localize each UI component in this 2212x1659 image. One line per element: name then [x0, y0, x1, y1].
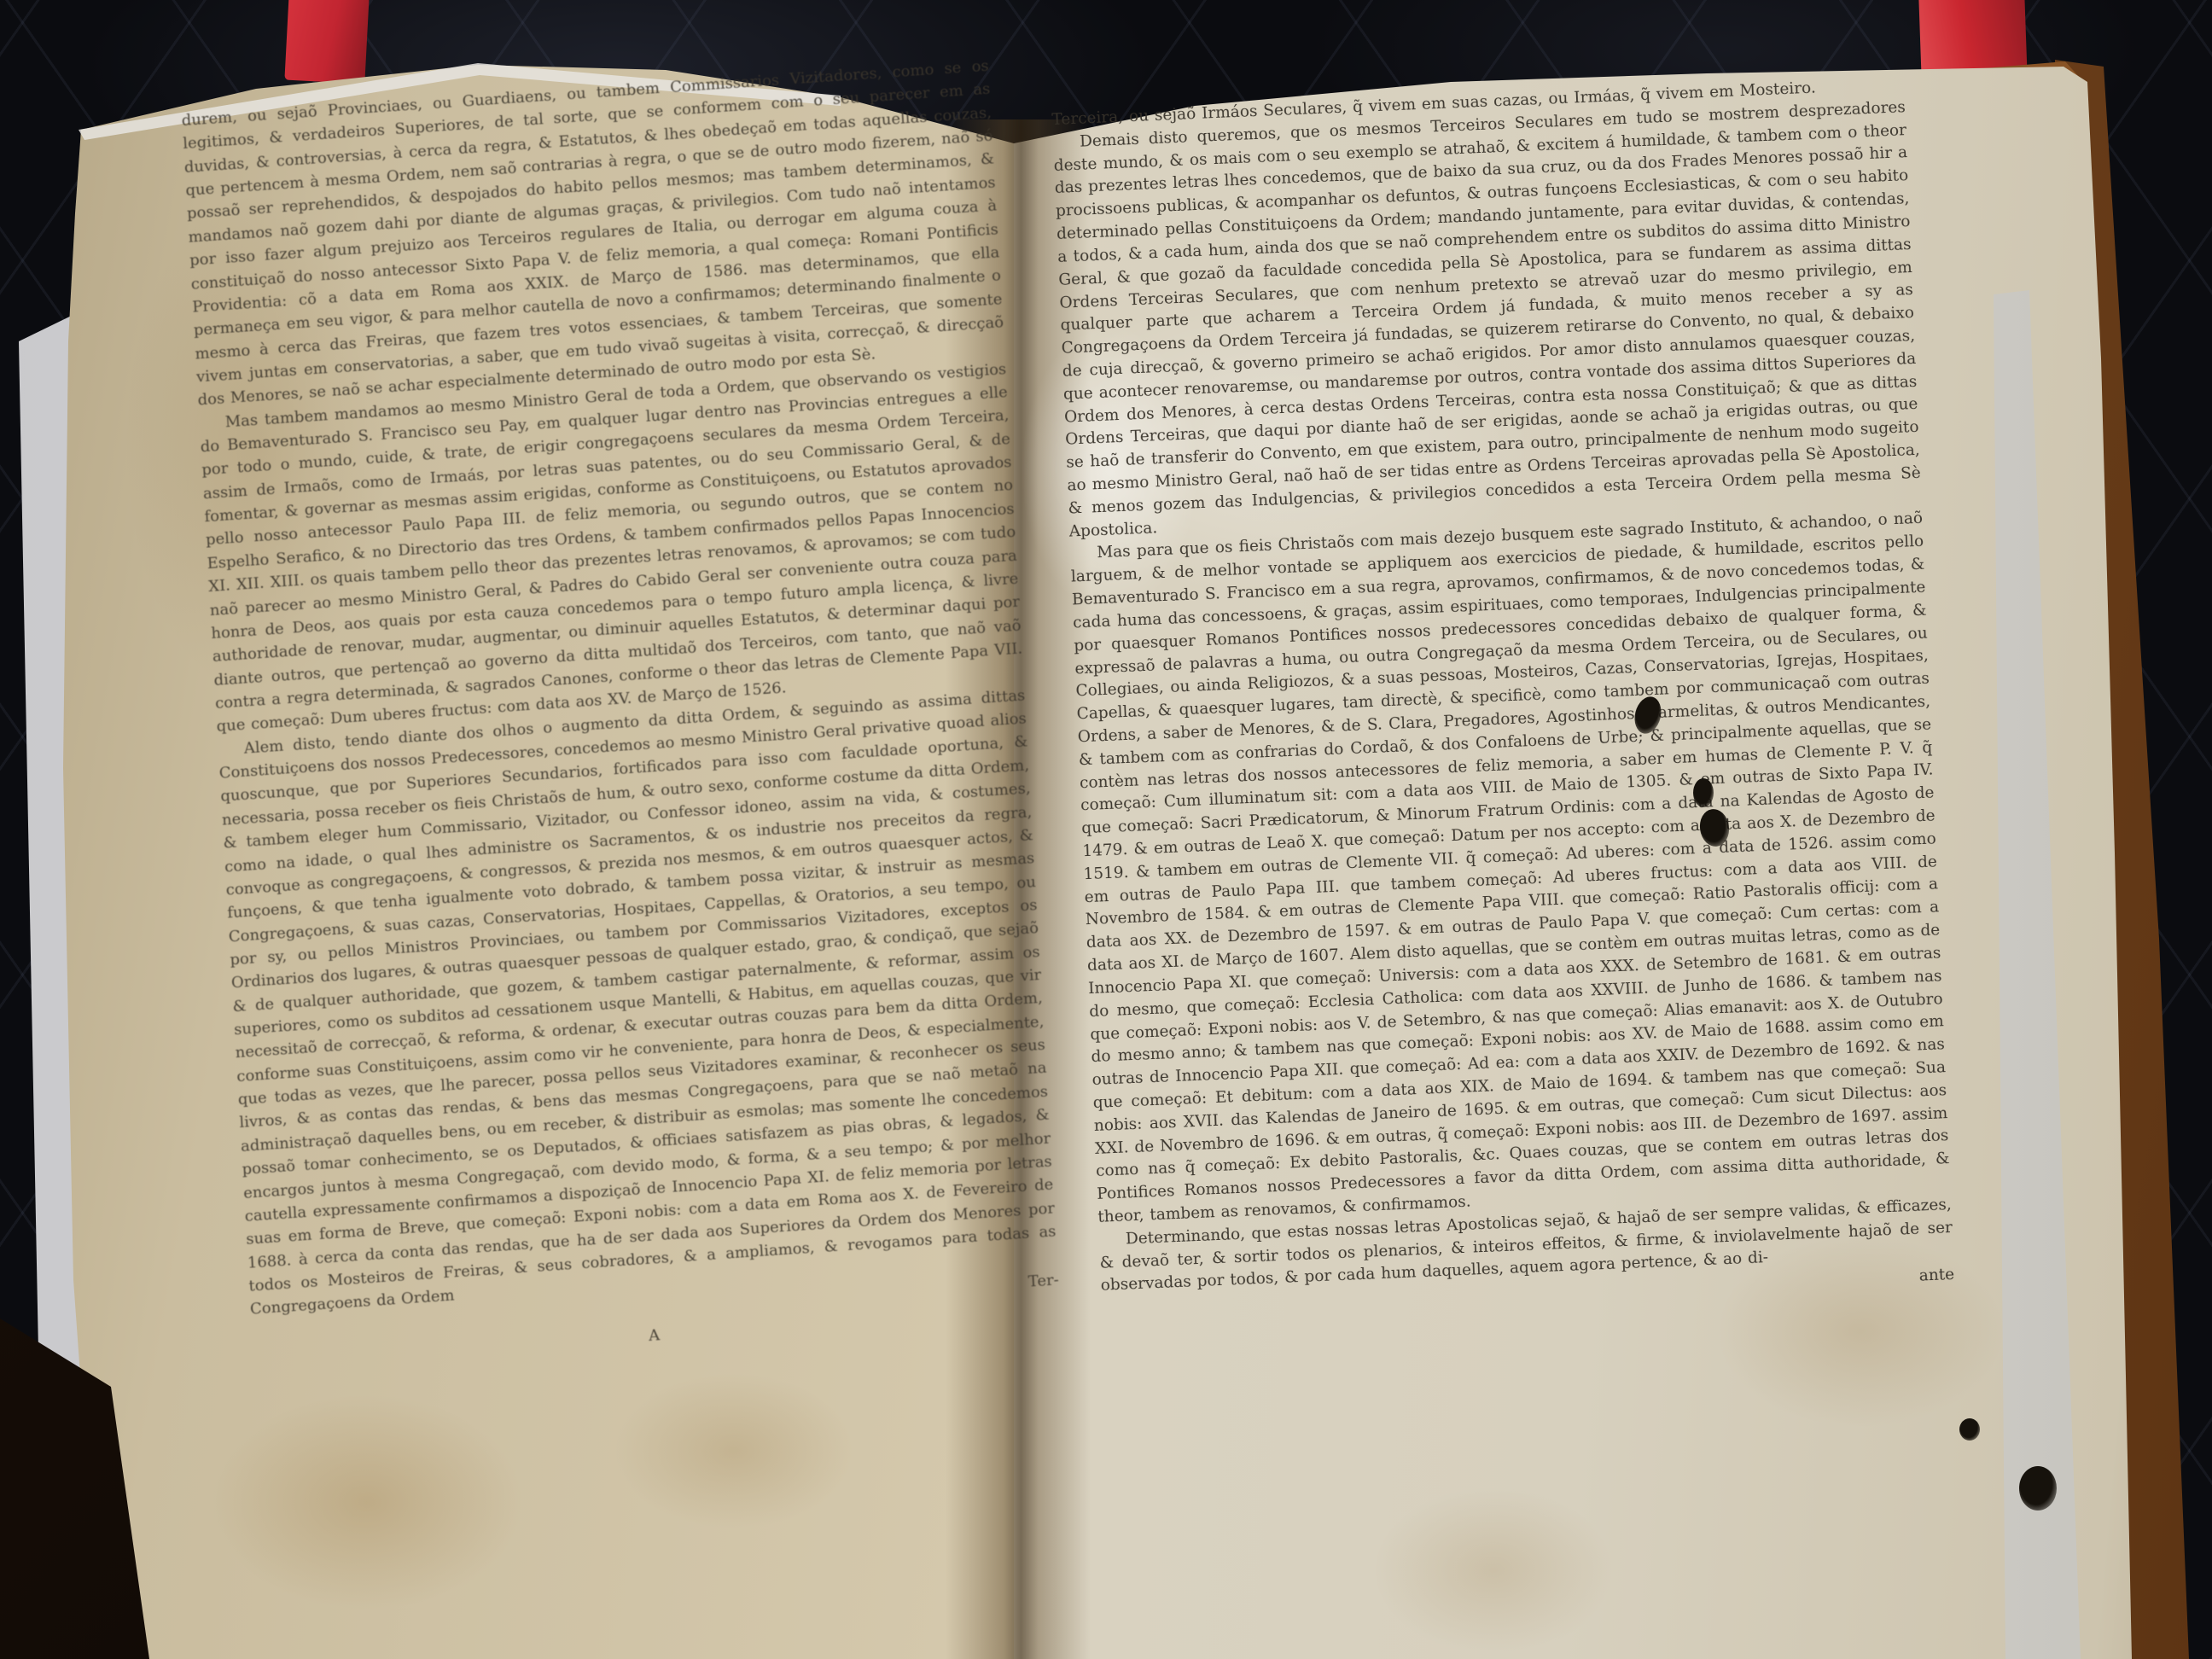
red-ribbon-strap-left [284, 0, 369, 84]
ink-blot [1959, 1418, 1980, 1441]
left-page-paragraph: durem, ou sejaõ Provinciaes, ou Guardiae… [181, 55, 1005, 413]
left-page-paragraph: Mas tambem mandamos ao mesmo Ministro Ge… [198, 358, 1024, 739]
ink-blot [2019, 1466, 2057, 1511]
photo-open-antique-book: durem, ou sejaõ Provinciaes, ou Guardiae… [0, 0, 2212, 1659]
right-page-paragraph: Demais disto queremos, que os mesmos Ter… [1052, 96, 1922, 544]
ink-blot [1693, 778, 1714, 807]
right-page-paragraph: Mas para que os fieis Christaõs com mais… [1069, 508, 1951, 1230]
left-page-text-block: durem, ou sejaõ Provinciaes, ou Guardiae… [181, 55, 1069, 1524]
right-page-text-block: Terceira, ou sejaõ Irmáos Seculares, q̃ … [1051, 73, 1965, 1558]
left-page-paragraph: Alem disto, tendo diante dos olhos o aug… [218, 684, 1058, 1321]
